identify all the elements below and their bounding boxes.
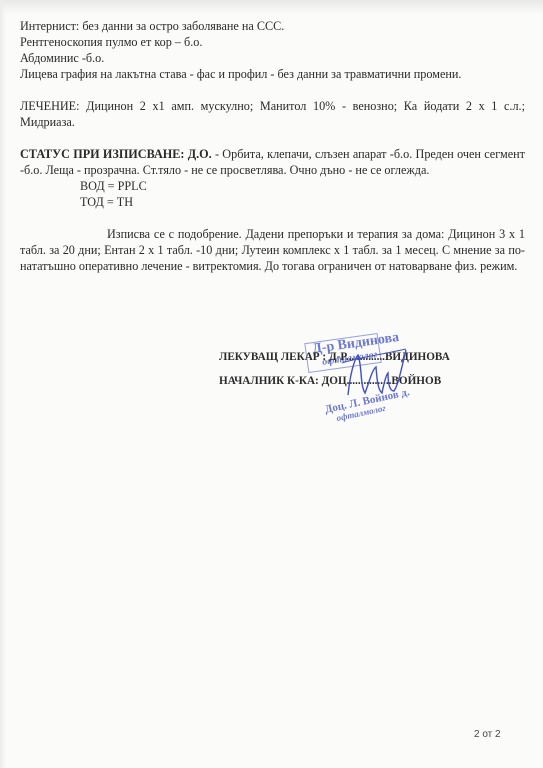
vod-line: ВОД = PPLC bbox=[20, 178, 525, 194]
document-body: Интернист: без данни за остро заболяване… bbox=[20, 18, 525, 274]
treatment-label: ЛЕЧЕНИЕ: bbox=[20, 99, 80, 113]
discharge-status-paragraph: СТАТУС ПРИ ИЗПИСВАНЕ: Д.О. - Орбита, кле… bbox=[20, 146, 525, 178]
xray-line: Рентгеноскопия пулмо ет кор – б.о. bbox=[20, 34, 525, 50]
discharge-status-label: СТАТУС ПРИ ИЗПИСВАНЕ: Д.О. bbox=[20, 147, 212, 161]
scan-shadow-left bbox=[0, 0, 6, 768]
scan-shadow-top bbox=[0, 0, 543, 14]
treatment-text: Дицинон 2 х1 амп. мускулно; Манитол 10% … bbox=[20, 99, 525, 129]
attending-physician-signature: ЛЕКУВАЩ ЛЕКАР : Д-Р..............ВИДИНОВ… bbox=[219, 351, 450, 363]
internist-line: Интернист: без данни за остро заболяване… bbox=[20, 18, 525, 34]
tod-line: ТОД = ТН bbox=[20, 194, 525, 210]
abdomen-line: Абдоминис -б.о. bbox=[20, 50, 525, 66]
page-number: 2 от 2 bbox=[474, 729, 501, 740]
elbow-xray-line: Лицева графия на лакътна става - фас и п… bbox=[20, 66, 525, 82]
conclusion-paragraph: Изписва се с подобрение. Дадени препорък… bbox=[20, 226, 525, 274]
treatment-paragraph: ЛЕЧЕНИЕ: Дицинон 2 х1 амп. мускулно; Ман… bbox=[20, 98, 525, 130]
